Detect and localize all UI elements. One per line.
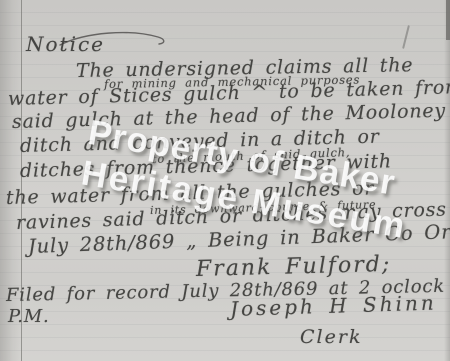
- notice-flourish-stroke: [58, 30, 170, 50]
- signature-clerk-name: Joseph H Shinn: [230, 291, 437, 321]
- stray-pen-mark: [402, 25, 410, 49]
- page-right-edge: [444, 0, 450, 361]
- document-photo: Notice The undersigned claims all the fo…: [0, 0, 450, 361]
- clerk-title: Clerk: [300, 326, 362, 348]
- corner-shadow: [446, 0, 450, 40]
- filing-pm-line: P.M.: [8, 306, 50, 327]
